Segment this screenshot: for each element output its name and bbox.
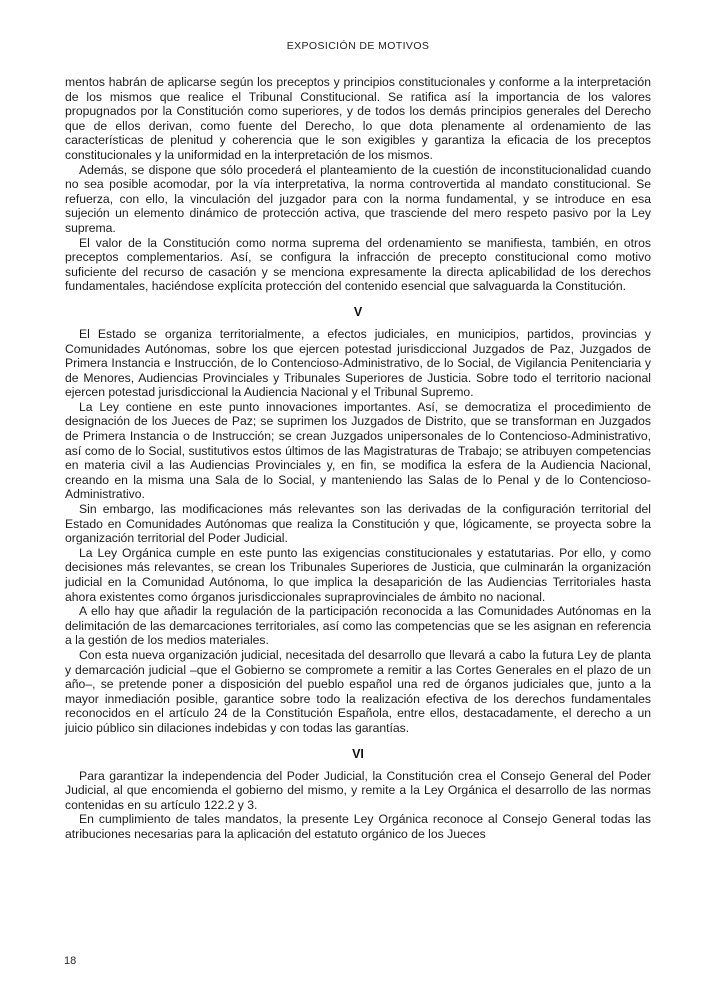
- paragraph: Además, se dispone que sólo procederá el…: [65, 163, 651, 236]
- paragraph: mentos habrán de aplicarse según los pre…: [65, 75, 651, 163]
- paragraph: La Ley contiene en este punto innovacion…: [65, 400, 651, 502]
- document-body: mentos habrán de aplicarse según los pre…: [65, 75, 651, 842]
- paragraph: En cumplimiento de tales mandatos, la pr…: [65, 812, 651, 841]
- paragraph: El Estado se organiza territorialmente, …: [65, 327, 651, 400]
- paragraph: Con esta nueva organización judicial, ne…: [65, 648, 651, 736]
- section-heading-vi: VI: [65, 747, 651, 761]
- paragraph: El valor de la Constitución como norma s…: [65, 236, 651, 294]
- document-header-title: EXPOSICIÓN DE MOTIVOS: [0, 0, 716, 75]
- paragraph: Para garantizar la independencia del Pod…: [65, 769, 651, 813]
- section-heading-v: V: [65, 305, 651, 319]
- paragraph: A ello hay que añadir la regulación de l…: [65, 604, 651, 648]
- page-number: 18: [64, 955, 76, 967]
- paragraph: La Ley Orgánica cumple en este punto las…: [65, 546, 651, 604]
- document-page: EXPOSICIÓN DE MOTIVOS mentos habrán de a…: [0, 0, 716, 1007]
- paragraph: Sin embargo, las modificaciones más rele…: [65, 502, 651, 546]
